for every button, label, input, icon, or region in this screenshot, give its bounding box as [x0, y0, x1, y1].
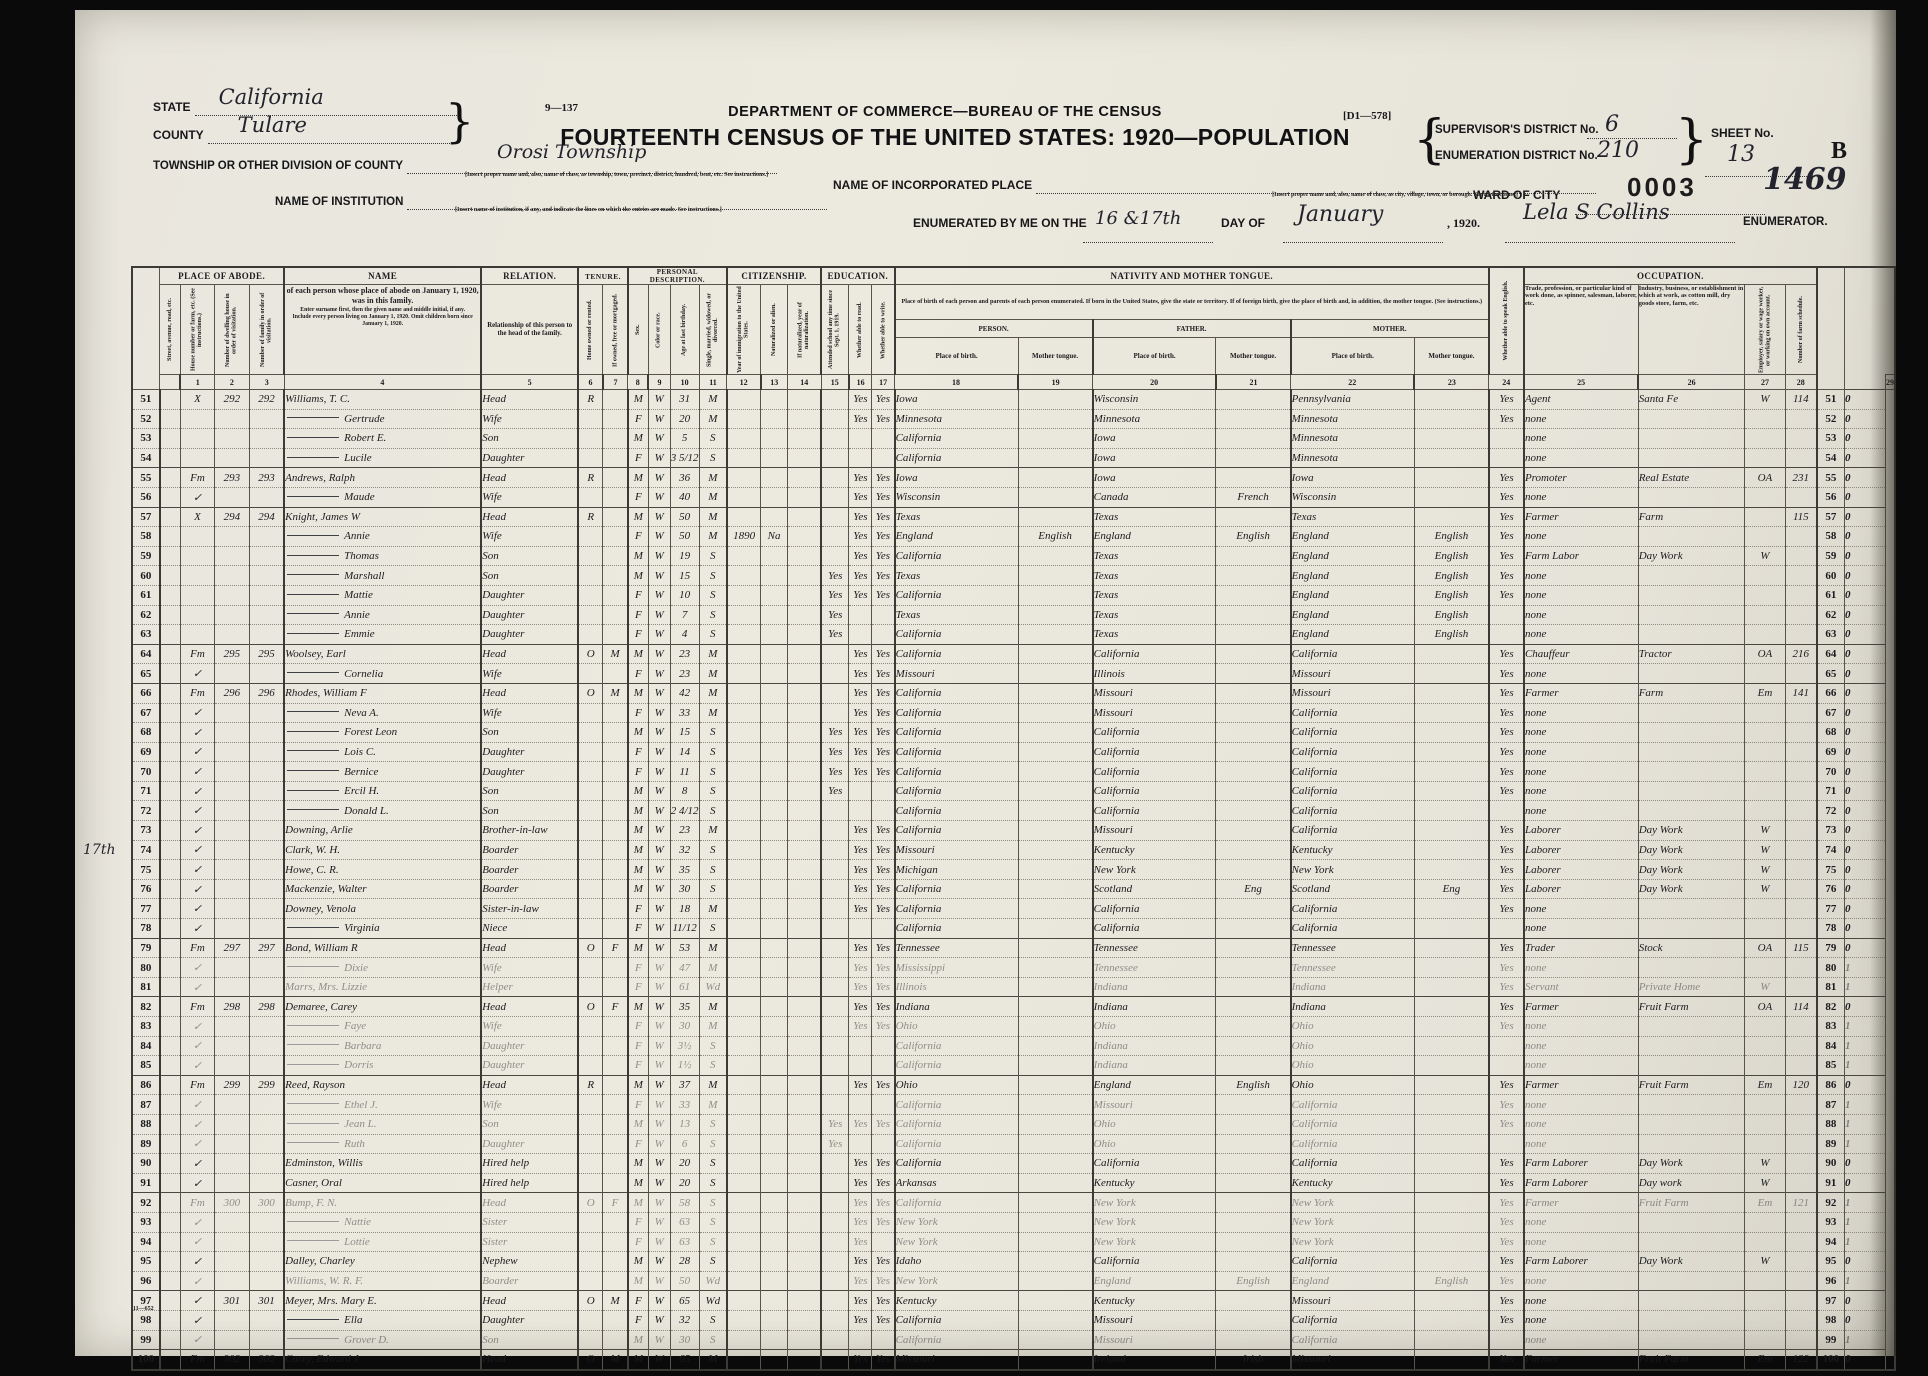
mother-pob-head: Place of birth.	[1291, 338, 1415, 375]
cell-nat	[761, 1017, 788, 1037]
column-number-9: 9	[648, 375, 670, 390]
cell-rel: Niece	[481, 919, 578, 939]
surname-ditto-dash	[287, 750, 339, 751]
person-tongue-head: Mother tongue.	[1018, 338, 1093, 375]
tenure-group-title: TENURE.	[578, 267, 628, 285]
cell-ind: Private Home	[1638, 977, 1744, 997]
cell-mt	[1414, 1036, 1489, 1056]
cell-emp: W	[1745, 1252, 1786, 1272]
cell-rel: Son	[481, 781, 578, 801]
cell-imm	[727, 546, 761, 566]
cell-read: Yes	[849, 938, 872, 958]
cell-write: Yes	[872, 1017, 895, 1037]
cell-street	[160, 1095, 181, 1115]
cell-mort: M	[603, 1291, 628, 1311]
cell-eng	[1489, 448, 1524, 468]
trade-column-head: Trade, profession, or particular kind of…	[1524, 285, 1638, 375]
cell-street	[160, 585, 181, 605]
cell-ind: Day Work	[1638, 840, 1744, 860]
institution-label: NAME OF INSTITUTION	[275, 196, 403, 208]
cell-rel: Daughter	[481, 1056, 578, 1076]
cell-mt	[1414, 1291, 1489, 1311]
cell-occ: none	[1524, 585, 1638, 605]
cell-fb: Indiana	[1093, 997, 1216, 1017]
cell-rel: Son	[481, 566, 578, 586]
cell-write: Yes	[872, 1114, 895, 1134]
cell-mb: New York	[1291, 1232, 1415, 1252]
cell-fb: Texas	[1093, 625, 1216, 645]
cell-name: Downey, Venola	[284, 899, 481, 919]
cell-read: Yes	[849, 1291, 872, 1311]
schedule-row-80: 80✓DixieWifeFW47MYesYesMississippiTennes…	[132, 958, 1895, 978]
cell-eng: Yes	[1489, 821, 1524, 841]
cell-mb: California	[1291, 1154, 1415, 1174]
cell-emp	[1745, 429, 1786, 449]
cell-nat	[761, 919, 788, 939]
cell-name: Woolsey, Earl	[284, 644, 481, 664]
father-tongue-head: Mother tongue.	[1216, 338, 1291, 375]
cell-age: 23	[670, 821, 699, 841]
cell-sex: M	[628, 1114, 649, 1134]
cell-fam	[249, 1310, 284, 1330]
cell-sex: M	[628, 683, 649, 703]
cell-age: 28	[670, 1252, 699, 1272]
cell-ind	[1638, 487, 1744, 507]
cell-farm: ✓	[180, 487, 214, 507]
cell-sex: M	[628, 821, 649, 841]
cell-read	[849, 448, 872, 468]
cell-street	[160, 821, 181, 841]
cell-farmno	[1785, 448, 1817, 468]
cell-eng: Yes	[1489, 1350, 1524, 1370]
cell-dwell	[214, 664, 249, 684]
cell-age: 11/12	[670, 919, 699, 939]
cell-mb: England	[1291, 625, 1415, 645]
cell-age: 3½	[670, 1036, 699, 1056]
cell-fam: 300	[249, 1193, 284, 1213]
cell-ln: 90	[132, 1154, 160, 1174]
cell-farm: ✓	[180, 821, 214, 841]
cell-mort	[603, 487, 628, 507]
cell-age: 2 4/12	[670, 801, 699, 821]
cell-sch	[821, 1056, 849, 1076]
schedule-row-86: 86Fm299299Reed, RaysonHeadRMW37MYesYesOh…	[132, 1075, 1895, 1095]
cell-pb: New York	[895, 1232, 1018, 1252]
cell-occ: none	[1524, 527, 1638, 547]
cell-dwell	[214, 703, 249, 723]
cell-fam	[249, 1114, 284, 1134]
cell-name: Knight, James W	[284, 507, 481, 527]
cell-eng: Yes	[1489, 1114, 1524, 1134]
cell-ln: 78	[132, 919, 160, 939]
cell-fam	[249, 860, 284, 880]
cell-nat	[761, 938, 788, 958]
cell-mt	[1414, 429, 1489, 449]
cell-eng: Yes	[1489, 585, 1524, 605]
cell-mt	[1414, 860, 1489, 880]
cell-fam	[249, 487, 284, 507]
schedule-row-60: 60MarshallSonMW15SYesYesYesTexasTexasEng…	[132, 566, 1895, 586]
cell-farmno	[1785, 899, 1817, 919]
cell-ln: 91	[132, 1173, 160, 1193]
cell-fb: New York	[1093, 1232, 1216, 1252]
cell-sex: M	[628, 840, 649, 860]
schedule-row-77: 77✓Downey, VenolaSister-in-lawFW18MYesYe…	[132, 899, 1895, 919]
cell-mt	[1414, 801, 1489, 821]
cell-color: W	[648, 1095, 670, 1115]
cell-mt	[1414, 1212, 1489, 1232]
column-number-13: 13	[761, 375, 788, 390]
cell-ind	[1638, 585, 1744, 605]
cell-age: 6	[670, 1134, 699, 1154]
cell-farmno	[1785, 1330, 1817, 1350]
cell-ind	[1638, 1036, 1744, 1056]
cell-emp: Em	[1745, 1075, 1786, 1095]
cell-ind: Day work	[1638, 1173, 1744, 1193]
cell-rln: 94	[1817, 1232, 1845, 1252]
cell-rel: Daughter	[481, 625, 578, 645]
cell-fb: Texas	[1093, 605, 1216, 625]
cell-ft	[1216, 938, 1291, 958]
cell-imm	[727, 448, 761, 468]
cell-pb: California	[895, 919, 1018, 939]
cell-read: Yes	[849, 1310, 872, 1330]
cell-mb: Ohio	[1291, 1017, 1415, 1037]
cell-farmno	[1785, 566, 1817, 586]
cell-farm: X	[180, 390, 214, 410]
cell-rln: 74	[1817, 840, 1845, 860]
cell-farmno	[1785, 527, 1817, 547]
cell-nat	[761, 958, 788, 978]
cell-natyr	[787, 821, 821, 841]
cell-fb: Missouri	[1093, 1310, 1216, 1330]
cell-mb: California	[1291, 1134, 1415, 1154]
cell-dwell	[214, 1252, 249, 1272]
population-schedule-table: PLACE OF ABODE. NAME RELATION. TENURE. P…	[131, 266, 1896, 1371]
state-value: California	[219, 85, 324, 109]
cell-emp: W	[1745, 1154, 1786, 1174]
cell-sch	[821, 644, 849, 664]
cell-mar: M	[699, 664, 727, 684]
cell-occ: none	[1524, 448, 1638, 468]
cell-fb: Kentucky	[1093, 840, 1216, 860]
cell-read: Yes	[849, 468, 872, 488]
cell-rel: Daughter	[481, 762, 578, 782]
cell-fam	[249, 801, 284, 821]
cell-street	[160, 938, 181, 958]
cell-write: Yes	[872, 390, 895, 410]
cell-street	[160, 1075, 181, 1095]
cell-color: W	[648, 1056, 670, 1076]
cell-emp	[1745, 723, 1786, 743]
cell-eng: Yes	[1489, 742, 1524, 762]
cell-pt	[1018, 1232, 1093, 1252]
cell-ft	[1216, 860, 1291, 880]
cell-mort	[603, 899, 628, 919]
marital-status-column-head: Single, married, widowed, or divorced.	[699, 285, 727, 375]
cell-sex: M	[628, 723, 649, 743]
cell-mar: S	[699, 879, 727, 899]
cell-ln: 61	[132, 585, 160, 605]
cell-age: 35	[670, 860, 699, 880]
cell-eng: Yes	[1489, 762, 1524, 782]
cell-ind	[1638, 566, 1744, 586]
cell-ft	[1216, 546, 1291, 566]
cell-natyr	[787, 997, 821, 1017]
schedule-row-92: 92Fm300300Bump, F. N.HeadOFMW58SYesYesCa…	[132, 1193, 1895, 1213]
cell-read	[849, 1036, 872, 1056]
cell-fam	[249, 1271, 284, 1291]
cell-ft	[1216, 625, 1291, 645]
surname-ditto-dash	[287, 633, 339, 634]
cell-pb: Arkansas	[895, 1173, 1018, 1193]
cell-natyr	[787, 625, 821, 645]
cell-fb: Texas	[1093, 507, 1216, 527]
cell-sch	[821, 1291, 849, 1311]
cell-farmno	[1785, 1036, 1817, 1056]
cell-write: Yes	[872, 840, 895, 860]
cell-mort	[603, 507, 628, 527]
cell-dwell	[214, 429, 249, 449]
cell-pt	[1018, 409, 1093, 429]
cell-color: W	[648, 1017, 670, 1037]
cell-pt	[1018, 1154, 1093, 1174]
cell-sex: F	[628, 703, 649, 723]
cell-ind	[1638, 899, 1744, 919]
cell-read	[849, 1330, 872, 1350]
cell-color: W	[648, 1173, 670, 1193]
family-number-column-head: Number of family in order of visitation.	[249, 285, 284, 375]
cell-ln: 99	[132, 1330, 160, 1350]
cell-mb: Indiana	[1291, 977, 1415, 997]
column-number-11: 11	[699, 375, 727, 390]
cell-age: 30	[670, 1017, 699, 1037]
cell-rln: 76	[1817, 879, 1845, 899]
cell-farm	[180, 605, 214, 625]
cell-age: 47	[670, 958, 699, 978]
cell-fb: Iowa	[1093, 448, 1216, 468]
cell-rln: 83	[1817, 1017, 1845, 1037]
cell-nat	[761, 1310, 788, 1330]
cell-age: 23	[670, 664, 699, 684]
cell-rln: 56	[1817, 487, 1845, 507]
cell-farmno	[1785, 1232, 1817, 1252]
census-title: FOURTEENTH CENSUS OF THE UNITED STATES: …	[555, 124, 1355, 151]
column-number-15: 15	[821, 375, 849, 390]
cell-occ: none	[1524, 1095, 1638, 1115]
cell-read: Yes	[849, 958, 872, 978]
cell-dwell: 294	[214, 507, 249, 527]
cell-fb: Missouri	[1093, 821, 1216, 841]
cell-mar: S	[699, 605, 727, 625]
cell-ind	[1638, 1017, 1744, 1037]
cell-sch: Yes	[821, 1134, 849, 1154]
schedule-row-98: 98✓EllaDaughterFW32SYesYesCaliforniaMiss…	[132, 1310, 1895, 1330]
cell-dwell	[214, 1232, 249, 1252]
cell-street	[160, 1036, 181, 1056]
column-number-19: 19	[1018, 375, 1093, 390]
column-number-27: 27	[1745, 375, 1786, 390]
cell-rln: 77	[1817, 899, 1845, 919]
cell-nat	[761, 1350, 788, 1370]
cell-own	[578, 801, 603, 821]
cell-occ: Farmer	[1524, 1075, 1638, 1095]
cell-pb: Idaho	[895, 1252, 1018, 1272]
surname-ditto-dash	[287, 437, 339, 438]
cell-name: Clark, W. H.	[284, 840, 481, 860]
cell-natyr	[787, 585, 821, 605]
column-numbers-row: 1234567891011121314151617181920212223242…	[132, 375, 1895, 390]
cell-farm: ✓	[180, 742, 214, 762]
cell-ft	[1216, 703, 1291, 723]
cell-name: Lucile	[284, 448, 481, 468]
cell-emp	[1745, 1232, 1786, 1252]
cell-mort	[603, 762, 628, 782]
cell-emp	[1745, 1271, 1786, 1291]
personal-group-title: PERSONAL DESCRIPTION.	[628, 267, 727, 285]
cell-emp	[1745, 409, 1786, 429]
cell-color: W	[648, 997, 670, 1017]
name-group-title: NAME	[284, 267, 481, 285]
cell-pb: Mississippi	[895, 958, 1018, 978]
cell-pb: England	[895, 527, 1018, 547]
cell-read: Yes	[849, 566, 872, 586]
cell-mt	[1414, 997, 1489, 1017]
cell-pb: California	[895, 683, 1018, 703]
cell-own: O	[578, 938, 603, 958]
cell-name: Grover D.	[284, 1330, 481, 1350]
cell-pt	[1018, 1330, 1093, 1350]
cell-rel: Wife	[481, 487, 578, 507]
cell-fb: California	[1093, 742, 1216, 762]
cell-fb: California	[1093, 781, 1216, 801]
schedule-row-100: 100Fm302302Carey, Edward JHeadOMMW65MYes…	[132, 1350, 1895, 1370]
cell-farm: Fm	[180, 683, 214, 703]
cell-own	[578, 723, 603, 743]
cell-mar: M	[699, 703, 727, 723]
cell-write: Yes	[872, 683, 895, 703]
cell-emp	[1745, 1310, 1786, 1330]
county-rule: Tulare	[208, 129, 456, 144]
cell-eng: Yes	[1489, 390, 1524, 410]
cell-nat	[761, 1036, 788, 1056]
cell-ft	[1216, 585, 1291, 605]
cell-farmno	[1785, 1310, 1817, 1330]
cell-ln: 100	[132, 1350, 160, 1370]
cell-emp: OA	[1745, 997, 1786, 1017]
cell-natyr	[787, 938, 821, 958]
cell-ft	[1216, 566, 1291, 586]
cell-age: 20	[670, 1173, 699, 1193]
cell-color: W	[648, 703, 670, 723]
cell-rln: 55	[1817, 468, 1845, 488]
cell-sch	[821, 879, 849, 899]
cell-pt	[1018, 938, 1093, 958]
cell-street	[160, 723, 181, 743]
cell-street	[160, 546, 181, 566]
cell-own	[578, 1036, 603, 1056]
cell-emp	[1745, 585, 1786, 605]
cell-fam: 296	[249, 683, 284, 703]
cell-street	[160, 742, 181, 762]
cell-fam	[249, 1017, 284, 1037]
cell-name: Dorris	[284, 1056, 481, 1076]
paper-edge-shadow	[1870, 10, 1896, 1356]
cell-pt	[1018, 801, 1093, 821]
cell-imm	[727, 1095, 761, 1115]
cell-rel: Sister	[481, 1232, 578, 1252]
cell-ft	[1216, 1134, 1291, 1154]
cell-fam	[249, 1095, 284, 1115]
cell-pt	[1018, 1193, 1093, 1213]
cell-imm	[727, 1134, 761, 1154]
cell-sch: Yes	[821, 781, 849, 801]
cell-write: Yes	[872, 468, 895, 488]
school-column-head: Attended school any time since Sept. 1, …	[821, 285, 849, 375]
cell-mt	[1414, 1173, 1489, 1193]
cell-color: W	[648, 742, 670, 762]
cell-write: Yes	[872, 1252, 895, 1272]
cell-rln: 92	[1817, 1193, 1845, 1213]
cell-ln: 96	[132, 1271, 160, 1291]
cell-pb: Iowa	[895, 390, 1018, 410]
cell-rel: Daughter	[481, 1036, 578, 1056]
cell-natyr	[787, 1075, 821, 1095]
cell-nat	[761, 625, 788, 645]
cell-fb: Kentucky	[1093, 1291, 1216, 1311]
cell-write: Yes	[872, 644, 895, 664]
cell-ft	[1216, 507, 1291, 527]
cell-pb: New York	[895, 1212, 1018, 1232]
cell-nat	[761, 429, 788, 449]
cell-emp: OA	[1745, 644, 1786, 664]
column-number-28: 28	[1785, 375, 1817, 390]
cell-color: W	[648, 625, 670, 645]
person-pob-head: Place of birth.	[895, 338, 1018, 375]
cell-fam	[249, 879, 284, 899]
cell-own: O	[578, 997, 603, 1017]
cell-name: Reed, Rayson	[284, 1075, 481, 1095]
cell-nat	[761, 644, 788, 664]
left-brace-glyph: }	[445, 94, 474, 148]
cell-sex: M	[628, 1271, 649, 1291]
schedule-row-89: 89✓RuthDaughterFW6SYesCaliforniaOhioCali…	[132, 1134, 1895, 1154]
cell-mar: S	[699, 840, 727, 860]
cell-rln: 67	[1817, 703, 1845, 723]
cell-read: Yes	[849, 977, 872, 997]
cell-ln: 55	[132, 468, 160, 488]
cell-mt	[1414, 742, 1489, 762]
cell-age: 53	[670, 938, 699, 958]
cell-street	[160, 390, 181, 410]
cell-age: 31	[670, 390, 699, 410]
cell-eng	[1489, 605, 1524, 625]
cell-ln: 85	[132, 1056, 160, 1076]
cell-age: 14	[670, 742, 699, 762]
cell-ln: 82	[132, 997, 160, 1017]
cell-pt	[1018, 468, 1093, 488]
cell-emp: W	[1745, 879, 1786, 899]
cell-street	[160, 1271, 181, 1291]
cell-natyr	[787, 919, 821, 939]
cell-name: Lois C.	[284, 742, 481, 762]
cell-age: 65	[670, 1350, 699, 1370]
cell-mar: M	[699, 1350, 727, 1370]
cell-imm	[727, 409, 761, 429]
cell-read: Yes	[849, 1232, 872, 1252]
cell-eng: Yes	[1489, 1154, 1524, 1174]
cell-farm	[180, 566, 214, 586]
